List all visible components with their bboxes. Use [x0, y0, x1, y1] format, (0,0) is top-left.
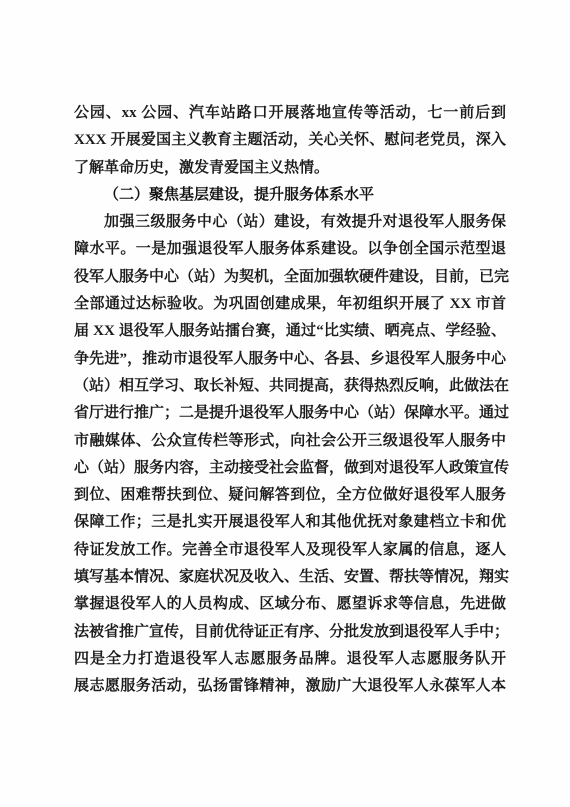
document-line: 届 XX 退役军人服务站擂台赛，通过“比实绩、晒亮点、学经验、 — [74, 318, 506, 345]
document-line: XXX 开展爱国主义教育主题活动，关心关怀、慰问老党员，深入 — [74, 127, 506, 154]
document-line: 争先进”，推动市退役军人服务中心、各县、乡退役军人服务中心 — [74, 346, 506, 373]
document-line: 公园、xx 公园、汽车站路口开展落地宣传等活动，七一前后到 — [74, 100, 506, 127]
document-line: 到位、困难帮扶到位、疑问解答到位，全方位做好退役军人服务 — [74, 482, 506, 509]
document-line: 掌握退役军人的人员构成、区域分布、愿望诉求等信息，先进做 — [74, 591, 506, 618]
section-heading: （二）聚焦基层建设，提升服务体系水平 — [74, 182, 506, 209]
document-line: 了解革命历史，激发青爱国主义热情。 — [74, 155, 506, 182]
document-text-block: 公园、xx 公园、汽车站路口开展落地宣传等活动，七一前后到 XXX 开展爱国主义… — [74, 100, 506, 701]
document-line: （站）相互学习、取长补短、共同提高，获得热烈反响，此做法在 — [74, 373, 506, 400]
document-line: 展志愿服务活动，弘扬雷锋精神，激励广大退役军人永葆军人本 — [74, 673, 506, 700]
document-line: 役军人服务中心（站）为契机，全面加强软硬件建设，目前，已完 — [74, 264, 506, 291]
document-line: 待证发放工作。完善全市退役军人及现役军人家属的信息，逐人 — [74, 537, 506, 564]
document-line: 省厅进行推广；二是提升退役军人服务中心（站）保障水平。通过 — [74, 400, 506, 427]
document-line: 保障工作；三是扎实开展退役军人和其他优抚对象建档立卡和优 — [74, 509, 506, 536]
document-line: 加强三级服务中心（站）建设，有效提升对退役军人服务保 — [74, 209, 506, 236]
document-line: 四是全力打造退役军人志愿服务品牌。退役军人志愿服务队开 — [74, 646, 506, 673]
document-line: 法被省推广宣传，目前优待证正有序、分批发放到退役军人手中； — [74, 619, 506, 646]
document-line: 全部通过达标验收。为巩固创建成果，年初组织开展了 XX 市首 — [74, 291, 506, 318]
document-line: 市融媒体、公众宣传栏等形式，向社会公开三级退役军人服务中 — [74, 428, 506, 455]
document-line: 障水平。一是加强退役军人服务体系建设。以争创全国示范型退 — [74, 236, 506, 263]
document-page: 公园、xx 公园、汽车站路口开展落地宣传等活动，七一前后到 XXX 开展爱国主义… — [0, 0, 570, 807]
document-line: 心（站）服务内容，主动接受社会监督，做到对退役军人政策宣传 — [74, 455, 506, 482]
document-line: 填写基本情况、家庭状况及收入、生活、安置、帮扶等情况，翔实 — [74, 564, 506, 591]
